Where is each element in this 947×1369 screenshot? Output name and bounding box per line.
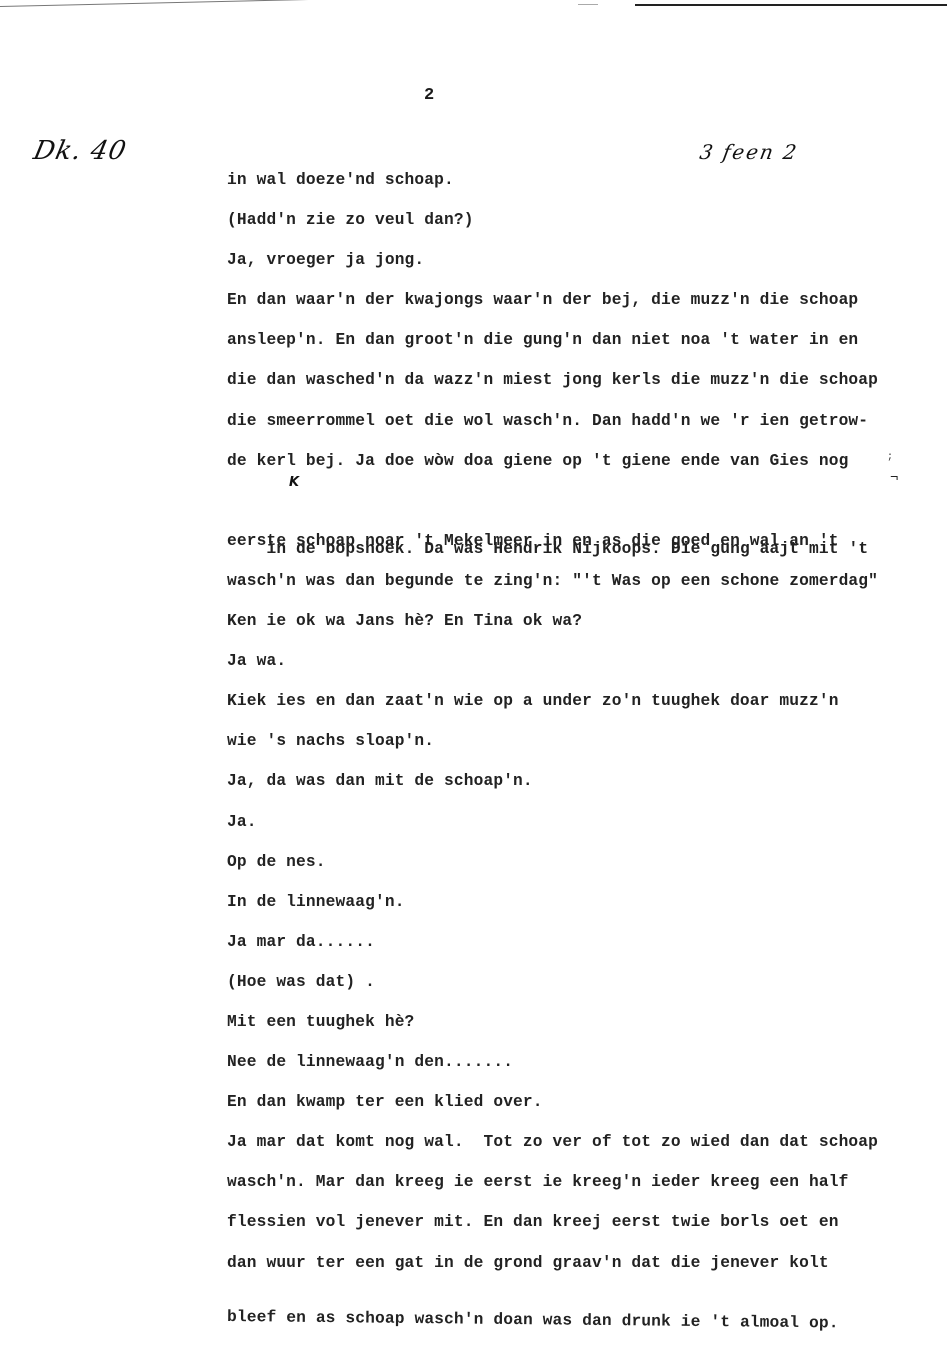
scan-edge-line-left [0, 0, 360, 7]
transcript-line-with-correction: K in de bopshoek. Da was Hendrik Nijkoop… [227, 489, 907, 529]
page-number: 2 [424, 86, 434, 105]
transcript-line: in wal doeze'nd schoap. [227, 168, 907, 208]
transcript-line: Ken ie ok wa Jans hè? En Tina ok wa? [227, 609, 907, 649]
transcript-line: wasch'n was dan begunde te zing'n: "'t W… [227, 569, 907, 609]
transcript-line: Kiek ies en dan zaat'n wie op a under zo… [227, 689, 907, 729]
transcript-line: de kerl bej. Ja doe wòw doa giene op 't … [227, 449, 907, 489]
transcript-body: in wal doeze'nd schoap. (Hadd'n zie zo v… [227, 168, 907, 1345]
transcript-line: flessien vol jenever mit. En dan kreej e… [227, 1210, 907, 1250]
transcript-line: Ja wa. [227, 649, 907, 689]
scan-edge-line-right [635, 4, 947, 6]
transcript-line: wie 's nachs sloap'n. [227, 729, 907, 769]
transcript-line: Ja, vroeger ja jong. [227, 248, 907, 288]
transcript-line: In de linnewaag'n. [227, 890, 907, 930]
transcript-line: eerste schoap noar 't Mekelmeer in en as… [227, 529, 907, 569]
transcript-line: ansleep'n. En dan groot'n die gung'n dan… [227, 328, 907, 368]
handwritten-note-top-right: 3 feen 2 [698, 140, 800, 164]
transcript-line: Ja. [227, 810, 907, 850]
handwritten-reference-left: Dk. 40 [31, 136, 130, 166]
transcript-line: Nee de linnewaag'n den....... [227, 1050, 907, 1090]
transcript-line: En dan waar'n der kwajongs waar'n der be… [227, 288, 907, 328]
transcript-line: Ja mar dat komt nog wal. Tot zo ver of t… [227, 1130, 907, 1170]
transcript-line: dan wuur ter een gat in de grond graav'n… [227, 1251, 907, 1291]
transcript-line: (Hoe was dat) . [227, 970, 907, 1010]
transcript-line: die smeerrommel oet die wol wasch'n. Dan… [227, 409, 907, 449]
handwritten-inserted-letter: K [289, 471, 299, 495]
transcript-line: Ja, da was dan mit de schoap'n. [227, 769, 907, 809]
transcript-line: Mit een tuughek hè? [227, 1010, 907, 1050]
scan-edge-line-mid [578, 4, 598, 5]
transcript-line: die dan wasched'n da wazz'n miest jong k… [227, 368, 907, 408]
transcript-line: En dan kwamp ter een klied over. [227, 1090, 907, 1130]
transcript-line: (Hadd'n zie zo veul dan?) [227, 208, 907, 248]
transcript-line: bleef en as schoap wasch'n doan was dan … [227, 1305, 907, 1352]
transcript-line: Op de nes. [227, 850, 907, 890]
transcript-line: wasch'n. Mar dan kreeg ie eerst ie kreeg… [227, 1170, 907, 1210]
transcript-line: Ja mar da...... [227, 930, 907, 970]
